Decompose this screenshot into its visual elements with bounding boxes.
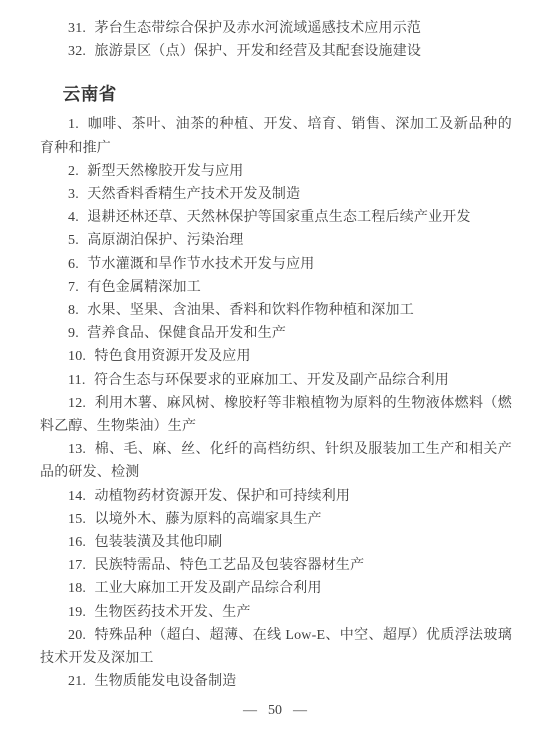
item-number: 8. <box>68 303 79 318</box>
item-number: 2. <box>68 164 79 179</box>
list-item: 10.特色食用资源开发及应用 <box>40 345 512 368</box>
item-text: 退耕还林还草、天然林保护等国家重点生态工程后续产业开发 <box>87 210 470 225</box>
list-item: 18.工业大麻加工开发及副产品综合利用 <box>40 577 512 600</box>
item-text: 有色金属精深加工 <box>87 280 201 295</box>
item-number: 18. <box>68 581 86 596</box>
item-number: 31. <box>68 21 86 36</box>
item-number: 15. <box>68 512 86 527</box>
item-number: 14. <box>68 489 86 504</box>
footer-left-dash: — <box>243 703 257 718</box>
list-item: 21.生物质能发电设备制造 <box>40 670 512 693</box>
item-text: 特色食用资源开发及应用 <box>95 349 251 364</box>
item-number: 7. <box>68 280 79 295</box>
page-number: 50 <box>268 703 282 718</box>
item-text: 棉、毛、麻、丝、化纤的高档纺织、针织及服装加工生产和相关产品的研发、检测 <box>40 442 512 480</box>
item-text: 旅游景区（点）保护、开发和经营及其配套设施建设 <box>95 44 422 59</box>
document-body: 31.茅台生态带综合保护及赤水河流域遥感技术应用示范 32.旅游景区（点）保护、… <box>40 17 512 693</box>
list-item: 14.动植物药材资源开发、保护和可持续利用 <box>40 485 512 508</box>
list-item: 15.以境外木、藤为原料的高端家具生产 <box>40 508 512 531</box>
list-item: 8.水果、坚果、含油果、香料和饮料作物种植和深加工 <box>40 299 512 322</box>
list-item: 31.茅台生态带综合保护及赤水河流域遥感技术应用示范 <box>40 17 512 40</box>
list-item: 19.生物医药技术开发、生产 <box>40 601 512 624</box>
item-number: 13. <box>68 442 86 457</box>
footer-right-dash: — <box>293 703 307 718</box>
item-number: 11. <box>68 373 86 388</box>
item-number: 16. <box>68 535 86 550</box>
list-item: 32.旅游景区（点）保护、开发和经营及其配套设施建设 <box>40 40 512 63</box>
page-footer: —50— <box>0 701 550 721</box>
item-text: 生物质能发电设备制造 <box>95 674 237 689</box>
list-item: 13.棉、毛、麻、丝、化纤的高档纺织、针织及服装加工生产和相关产品的研发、检测 <box>40 438 512 484</box>
list-item: 12.利用木薯、麻风树、橡胶籽等非粮植物为原料的生物液体燃料（燃料乙醇、生物柴油… <box>40 392 512 438</box>
item-text: 工业大麻加工开发及副产品综合利用 <box>95 581 322 596</box>
list-item: 11.符合生态与环保要求的亚麻加工、开发及副产品综合利用 <box>40 369 512 392</box>
item-number: 20. <box>68 628 86 643</box>
item-text: 节水灌溉和旱作节水技术开发与应用 <box>87 257 314 272</box>
item-text: 天然香料香精生产技术开发及制造 <box>87 187 300 202</box>
item-number: 5. <box>68 233 79 248</box>
item-number: 9. <box>68 326 79 341</box>
item-text: 茅台生态带综合保护及赤水河流域遥感技术应用示范 <box>95 21 422 36</box>
list-item: 5.高原湖泊保护、污染治理 <box>40 229 512 252</box>
item-text: 利用木薯、麻风树、橡胶籽等非粮植物为原料的生物液体燃料（燃料乙醇、生物柴油）生产 <box>40 396 512 434</box>
item-number: 17. <box>68 558 86 573</box>
item-text: 生物医药技术开发、生产 <box>95 605 251 620</box>
list-item: 3.天然香料香精生产技术开发及制造 <box>40 183 512 206</box>
item-number: 4. <box>68 210 79 225</box>
section-heading-yunnan: 云南省 <box>40 81 512 107</box>
item-text: 包装装潢及其他印刷 <box>95 535 223 550</box>
item-text: 咖啡、茶叶、油茶的种植、开发、培育、销售、深加工及新品种的育种和推广 <box>40 117 512 155</box>
item-text: 以境外木、藤为原料的高端家具生产 <box>95 512 322 527</box>
list-item: 17.民族特需品、特色工艺品及包装容器材生产 <box>40 554 512 577</box>
item-number: 21. <box>68 674 86 689</box>
list-item: 20.特殊品种（超白、超薄、在线 Low-E、中空、超厚）优质浮法玻璃技术开发及… <box>40 624 512 670</box>
item-text: 符合生态与环保要求的亚麻加工、开发及副产品综合利用 <box>94 373 449 388</box>
item-number: 32. <box>68 44 86 59</box>
item-text: 高原湖泊保护、污染治理 <box>87 233 243 248</box>
item-number: 10. <box>68 349 86 364</box>
document-page: 31.茅台生态带综合保护及赤水河流域遥感技术应用示范 32.旅游景区（点）保护、… <box>0 0 550 739</box>
item-number: 12. <box>68 396 86 411</box>
list-item: 4.退耕还林还草、天然林保护等国家重点生态工程后续产业开发 <box>40 206 512 229</box>
item-text: 水果、坚果、含油果、香料和饮料作物种植和深加工 <box>87 303 414 318</box>
item-number: 3. <box>68 187 79 202</box>
item-text: 新型天然橡胶开发与应用 <box>87 164 243 179</box>
list-item: 16.包装装潢及其他印刷 <box>40 531 512 554</box>
item-text: 营养食品、保健食品开发和生产 <box>87 326 286 341</box>
item-number: 1. <box>68 117 79 132</box>
list-item: 6.节水灌溉和旱作节水技术开发与应用 <box>40 253 512 276</box>
item-text: 民族特需品、特色工艺品及包装容器材生产 <box>95 558 365 573</box>
list-item: 2.新型天然橡胶开发与应用 <box>40 160 512 183</box>
item-text: 动植物药材资源开发、保护和可持续利用 <box>95 489 351 504</box>
item-number: 6. <box>68 257 79 272</box>
item-number: 19. <box>68 605 86 620</box>
list-item: 1.咖啡、茶叶、油茶的种植、开发、培育、销售、深加工及新品种的育种和推广 <box>40 113 512 159</box>
list-item: 7.有色金属精深加工 <box>40 276 512 299</box>
item-text: 特殊品种（超白、超薄、在线 Low-E、中空、超厚）优质浮法玻璃技术开发及深加工 <box>40 628 512 666</box>
list-item: 9.营养食品、保健食品开发和生产 <box>40 322 512 345</box>
